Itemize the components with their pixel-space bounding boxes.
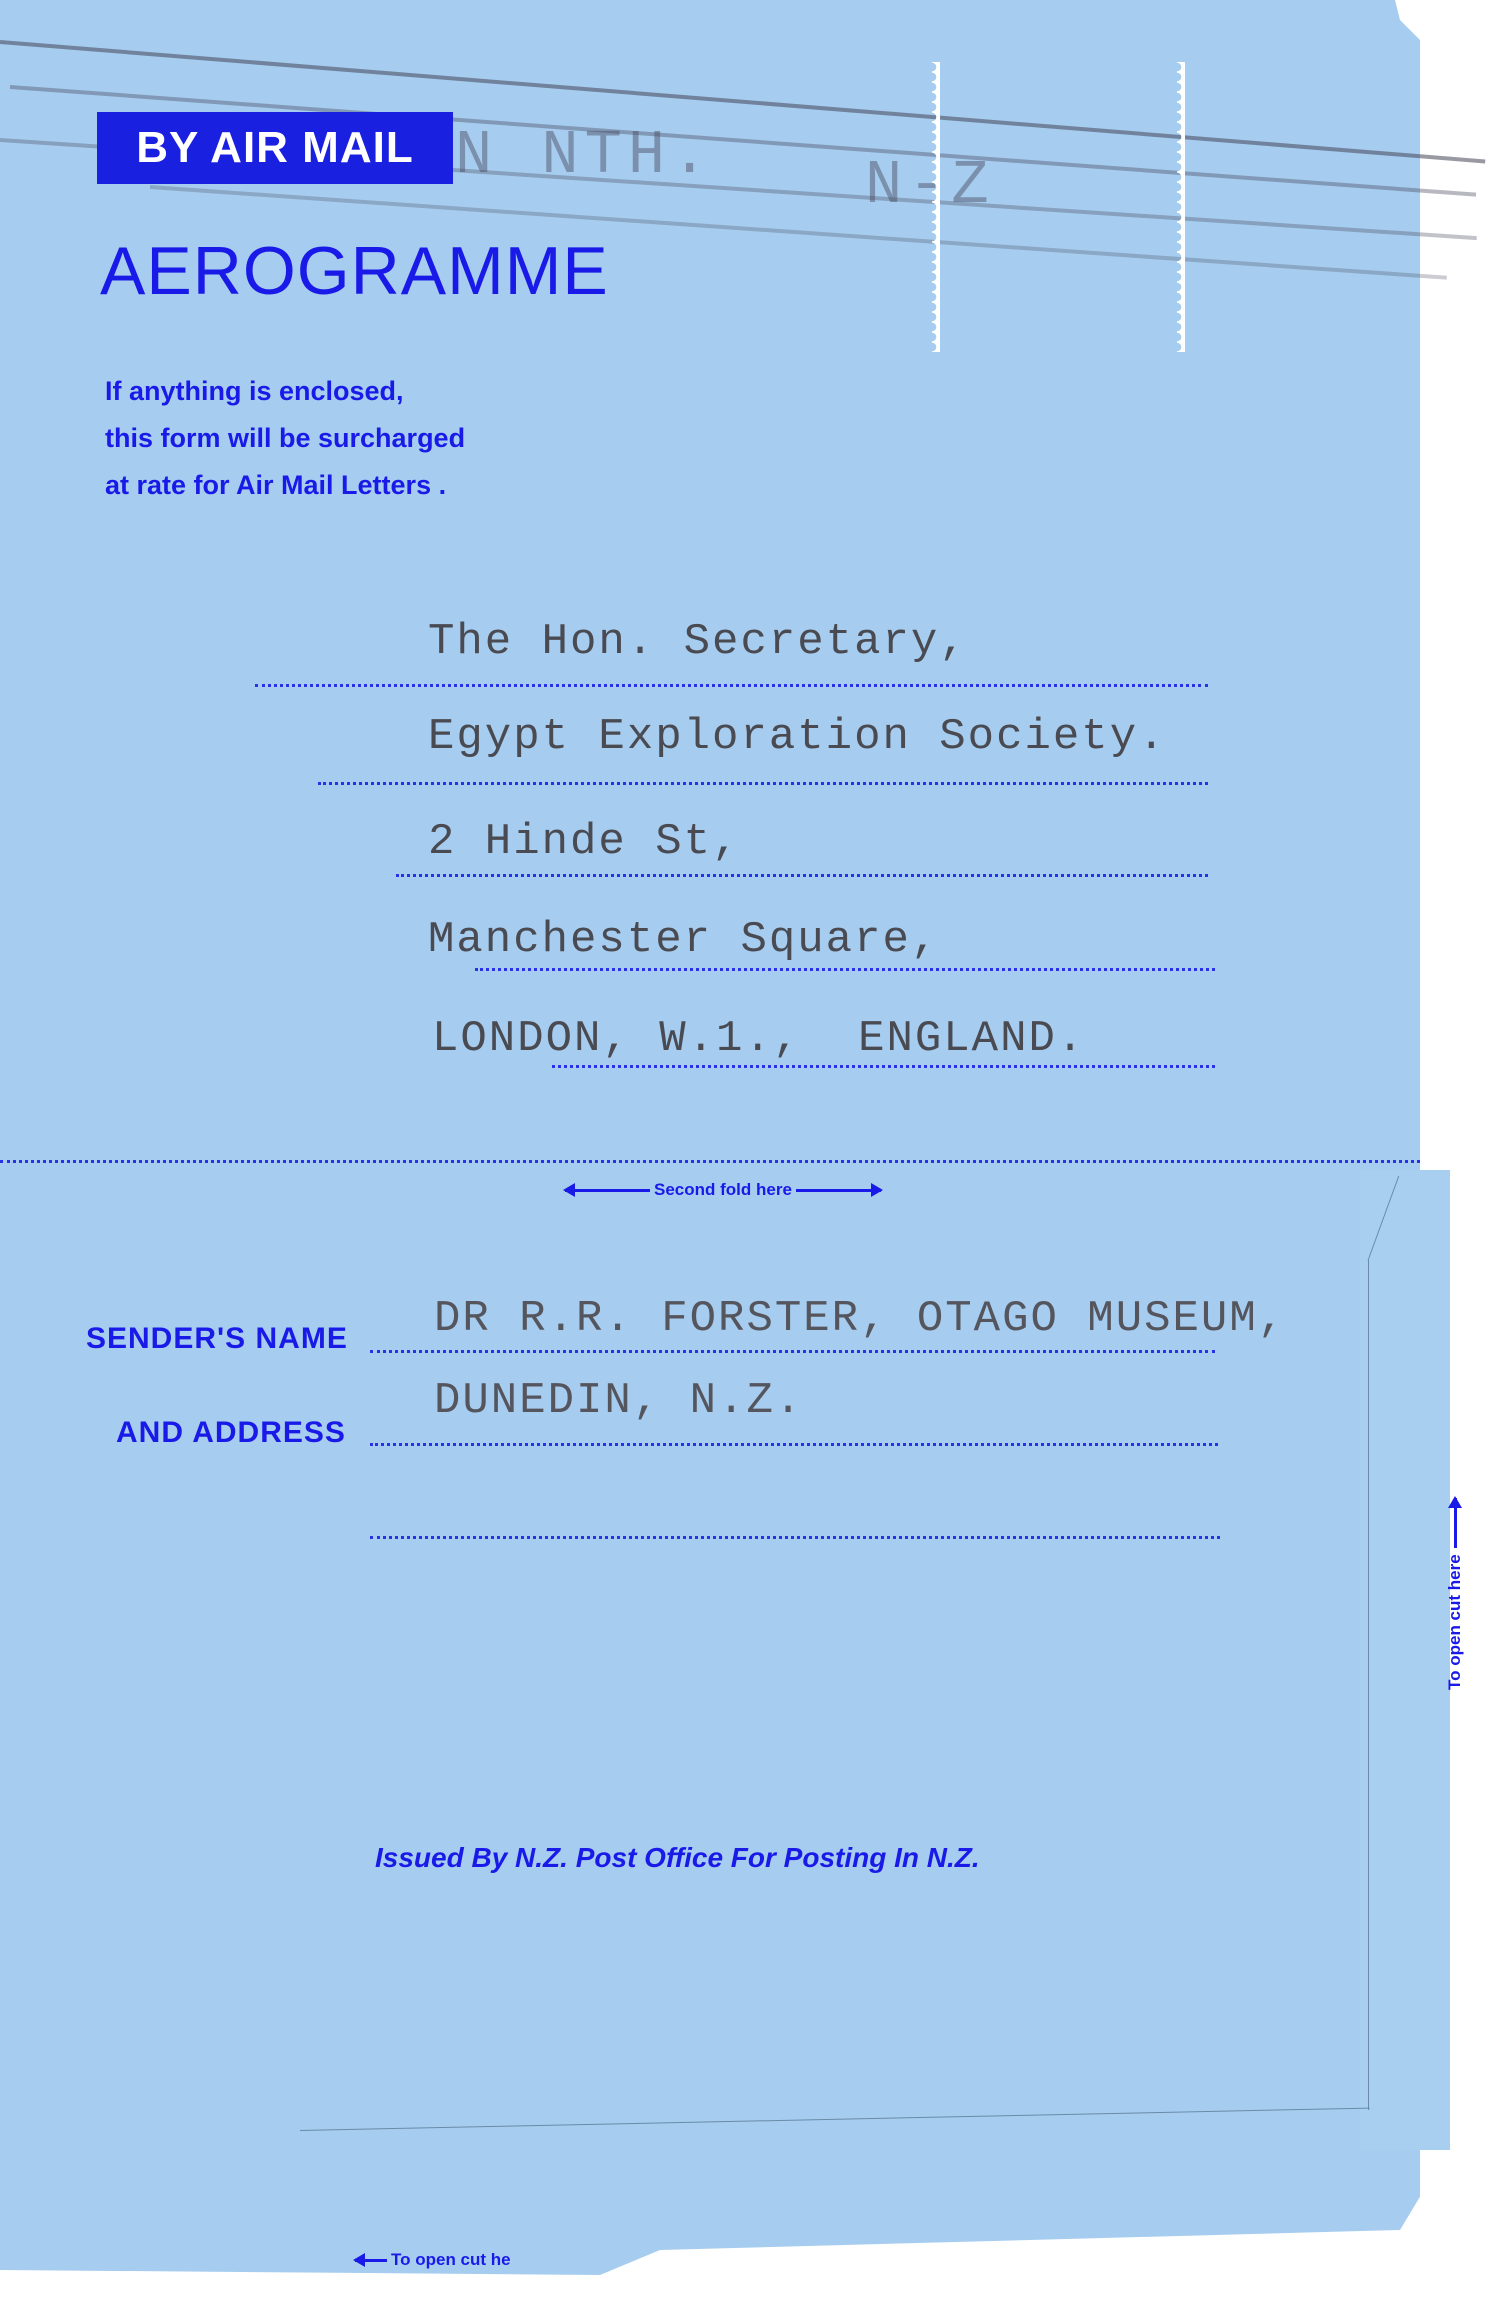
- arrow-left-icon: [565, 1189, 650, 1192]
- by-air-mail-label: BY AIR MAIL: [97, 112, 453, 184]
- issued-by-text: Issued By N.Z. Post Office For Posting I…: [375, 1842, 980, 1874]
- address-rule: [475, 968, 1215, 971]
- stamp-value: 4D: [1213, 88, 1255, 152]
- sender-rule: [370, 1350, 1215, 1353]
- stamp-country: NEW ZEALAND: [1199, 298, 1400, 326]
- notice-line: If anything is enclosed,: [105, 368, 465, 415]
- sender-name-label: SENDER'S NAME: [86, 1322, 348, 1356]
- surcharge-notice: If anything is enclosed, this form will …: [105, 368, 465, 509]
- stamp-image: 4D PUARANGI NEW ZEALAND: [954, 82, 1155, 330]
- address-rule: [396, 874, 1208, 877]
- stamp-country: NEW ZEALAND: [954, 298, 1155, 326]
- cut-text: To open cut he: [391, 2250, 511, 2270]
- address-rule: [552, 1065, 1215, 1068]
- fold-text: Second fold here: [654, 1180, 792, 1200]
- stamp-value: 4D: [968, 88, 1010, 152]
- fold-rule: [0, 1160, 1420, 1163]
- recipient-line: LONDON, W.1., ENGLAND.: [432, 1014, 1085, 1064]
- recipient-line: Egypt Exploration Society.: [428, 712, 1167, 762]
- aerogramme-title: AEROGRAMME: [100, 232, 609, 310]
- arrow-left-icon: [355, 2259, 387, 2262]
- sender-line: DR R.R. FORSTER, OTAGO MUSEUM,: [434, 1294, 1286, 1344]
- address-rule: [318, 782, 1208, 785]
- stamp: 4D PUARANGI NEW ZEALAND: [932, 62, 1177, 352]
- sender-rule: [370, 1443, 1218, 1446]
- notice-line: at rate for Air Mail Letters .: [105, 462, 465, 509]
- postmark-text: N NTH.: [455, 120, 714, 191]
- side-flap: [1360, 1170, 1450, 2150]
- stamp-pair: 4D PUARANGI NEW ZEALAND 4D PUARANGI NEW …: [932, 62, 1422, 352]
- cut-text: To open cut here: [1445, 1554, 1465, 1690]
- stamp-name: PUARANGI: [1036, 98, 1105, 113]
- sender-rule: [370, 1536, 1220, 1539]
- second-fold-label: Second fold here: [565, 1180, 881, 1200]
- notice-line: this form will be surcharged: [105, 415, 465, 462]
- flap-edge: [1368, 1260, 1369, 2110]
- address-rule: [255, 684, 1208, 687]
- sender-line: DUNEDIN, N.Z.: [434, 1376, 803, 1426]
- open-cut-side: To open cut here: [1445, 1498, 1465, 1690]
- recipient-line: Manchester Square,: [428, 915, 939, 965]
- recipient-line: 2 Hinde St,: [428, 817, 740, 867]
- recipient-line: The Hon. Secretary,: [428, 617, 968, 667]
- stamp-image: 4D PUARANGI NEW ZEALAND: [1199, 82, 1400, 330]
- arrow-up-icon: [1454, 1498, 1457, 1548]
- stamp: 4D PUARANGI NEW ZEALAND: [1177, 62, 1422, 352]
- stamp-name: PUARANGI: [1281, 98, 1350, 113]
- address-label: AND ADDRESS: [116, 1416, 346, 1450]
- open-cut-bottom: To open cut he: [355, 2250, 511, 2270]
- arrow-right-icon: [796, 1189, 881, 1192]
